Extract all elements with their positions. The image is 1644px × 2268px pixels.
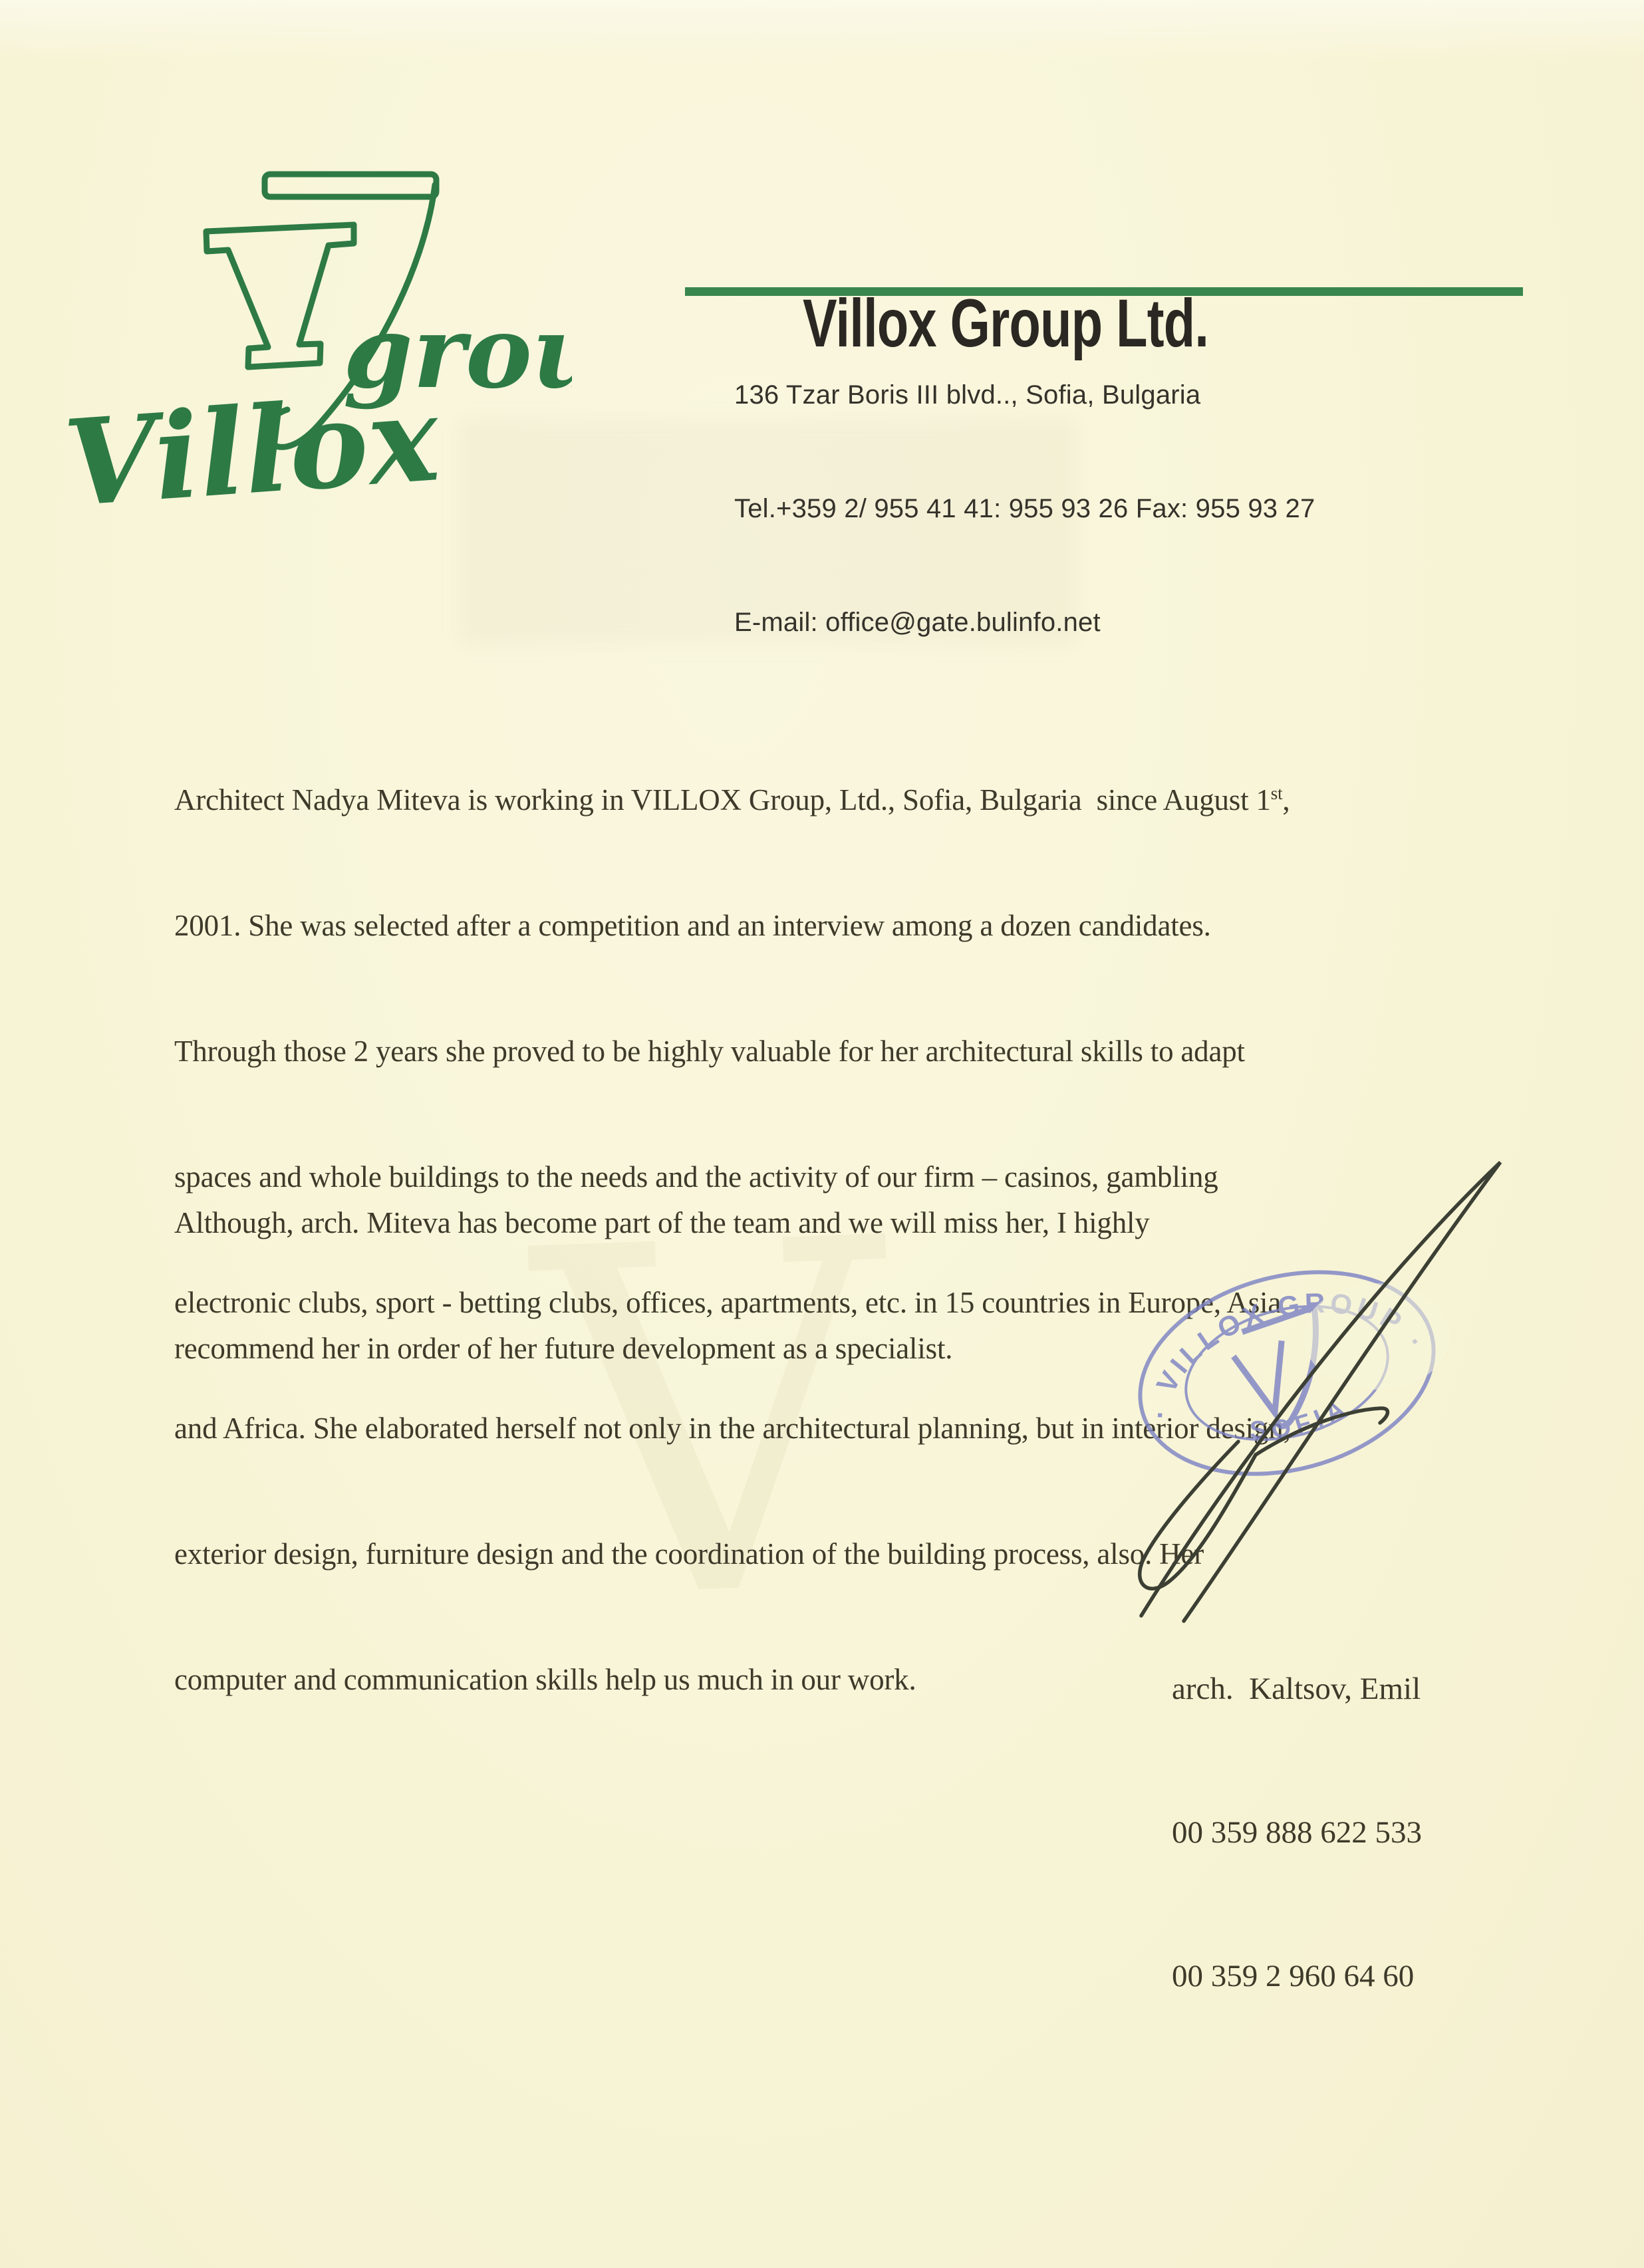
p1-line-8: computer and communication skills help u… bbox=[174, 1659, 1291, 1701]
letter-paragraph-2: Although, arch. Miteva has become part o… bbox=[174, 1118, 1150, 1453]
p2-line-2: recommend her in order of her future dev… bbox=[174, 1328, 1150, 1370]
address-line: 136 Tzar Boris III blvd.., Sofia, Bulgar… bbox=[734, 376, 1315, 414]
header-rule bbox=[685, 287, 1523, 296]
logo-v-top-bar bbox=[265, 174, 436, 197]
p1-line-3: Through those 2 years she proved to be h… bbox=[174, 1031, 1291, 1072]
p1-superscript: st bbox=[1271, 783, 1283, 803]
p2-line-1: Although, arch. Miteva has become part o… bbox=[174, 1202, 1150, 1244]
signature-loop-stroke bbox=[1140, 1442, 1256, 1588]
signer-block: arch. Kaltsov, Emil 00 359 888 622 533 0… bbox=[1172, 1569, 1422, 2096]
email-line: E-mail: office@gate.bulinfo.net bbox=[734, 604, 1315, 642]
signer-phone-1: 00 359 888 622 533 bbox=[1172, 1809, 1422, 1856]
p1-line-1-tail: , bbox=[1282, 783, 1290, 817]
signer-name: arch. Kaltsov, Emil bbox=[1172, 1665, 1422, 1713]
p1-line-1-text: Architect Nadya Miteva is working in VIL… bbox=[174, 783, 1271, 817]
p1-line-1: Architect Nadya Miteva is working in VIL… bbox=[174, 779, 1291, 821]
villox-group-logo-icon: group Villox bbox=[53, 153, 572, 552]
signer-phone-2: 00 359 2 960 64 60 bbox=[1172, 1952, 1422, 2000]
logo-wordmark-villox: Villox bbox=[60, 368, 444, 533]
p1-line-2: 2001. She was selected after a competiti… bbox=[174, 905, 1291, 947]
letter-page: V group Villox Villox Group Ltd. 136 Tza… bbox=[0, 0, 1644, 2268]
logo-v-body bbox=[206, 225, 354, 367]
phone-fax-line: Tel.+359 2/ 955 41 41: 955 93 26 Fax: 95… bbox=[734, 490, 1315, 528]
letterhead-contact-block: 136 Tzar Boris III blvd.., Sofia, Bulgar… bbox=[734, 301, 1315, 717]
